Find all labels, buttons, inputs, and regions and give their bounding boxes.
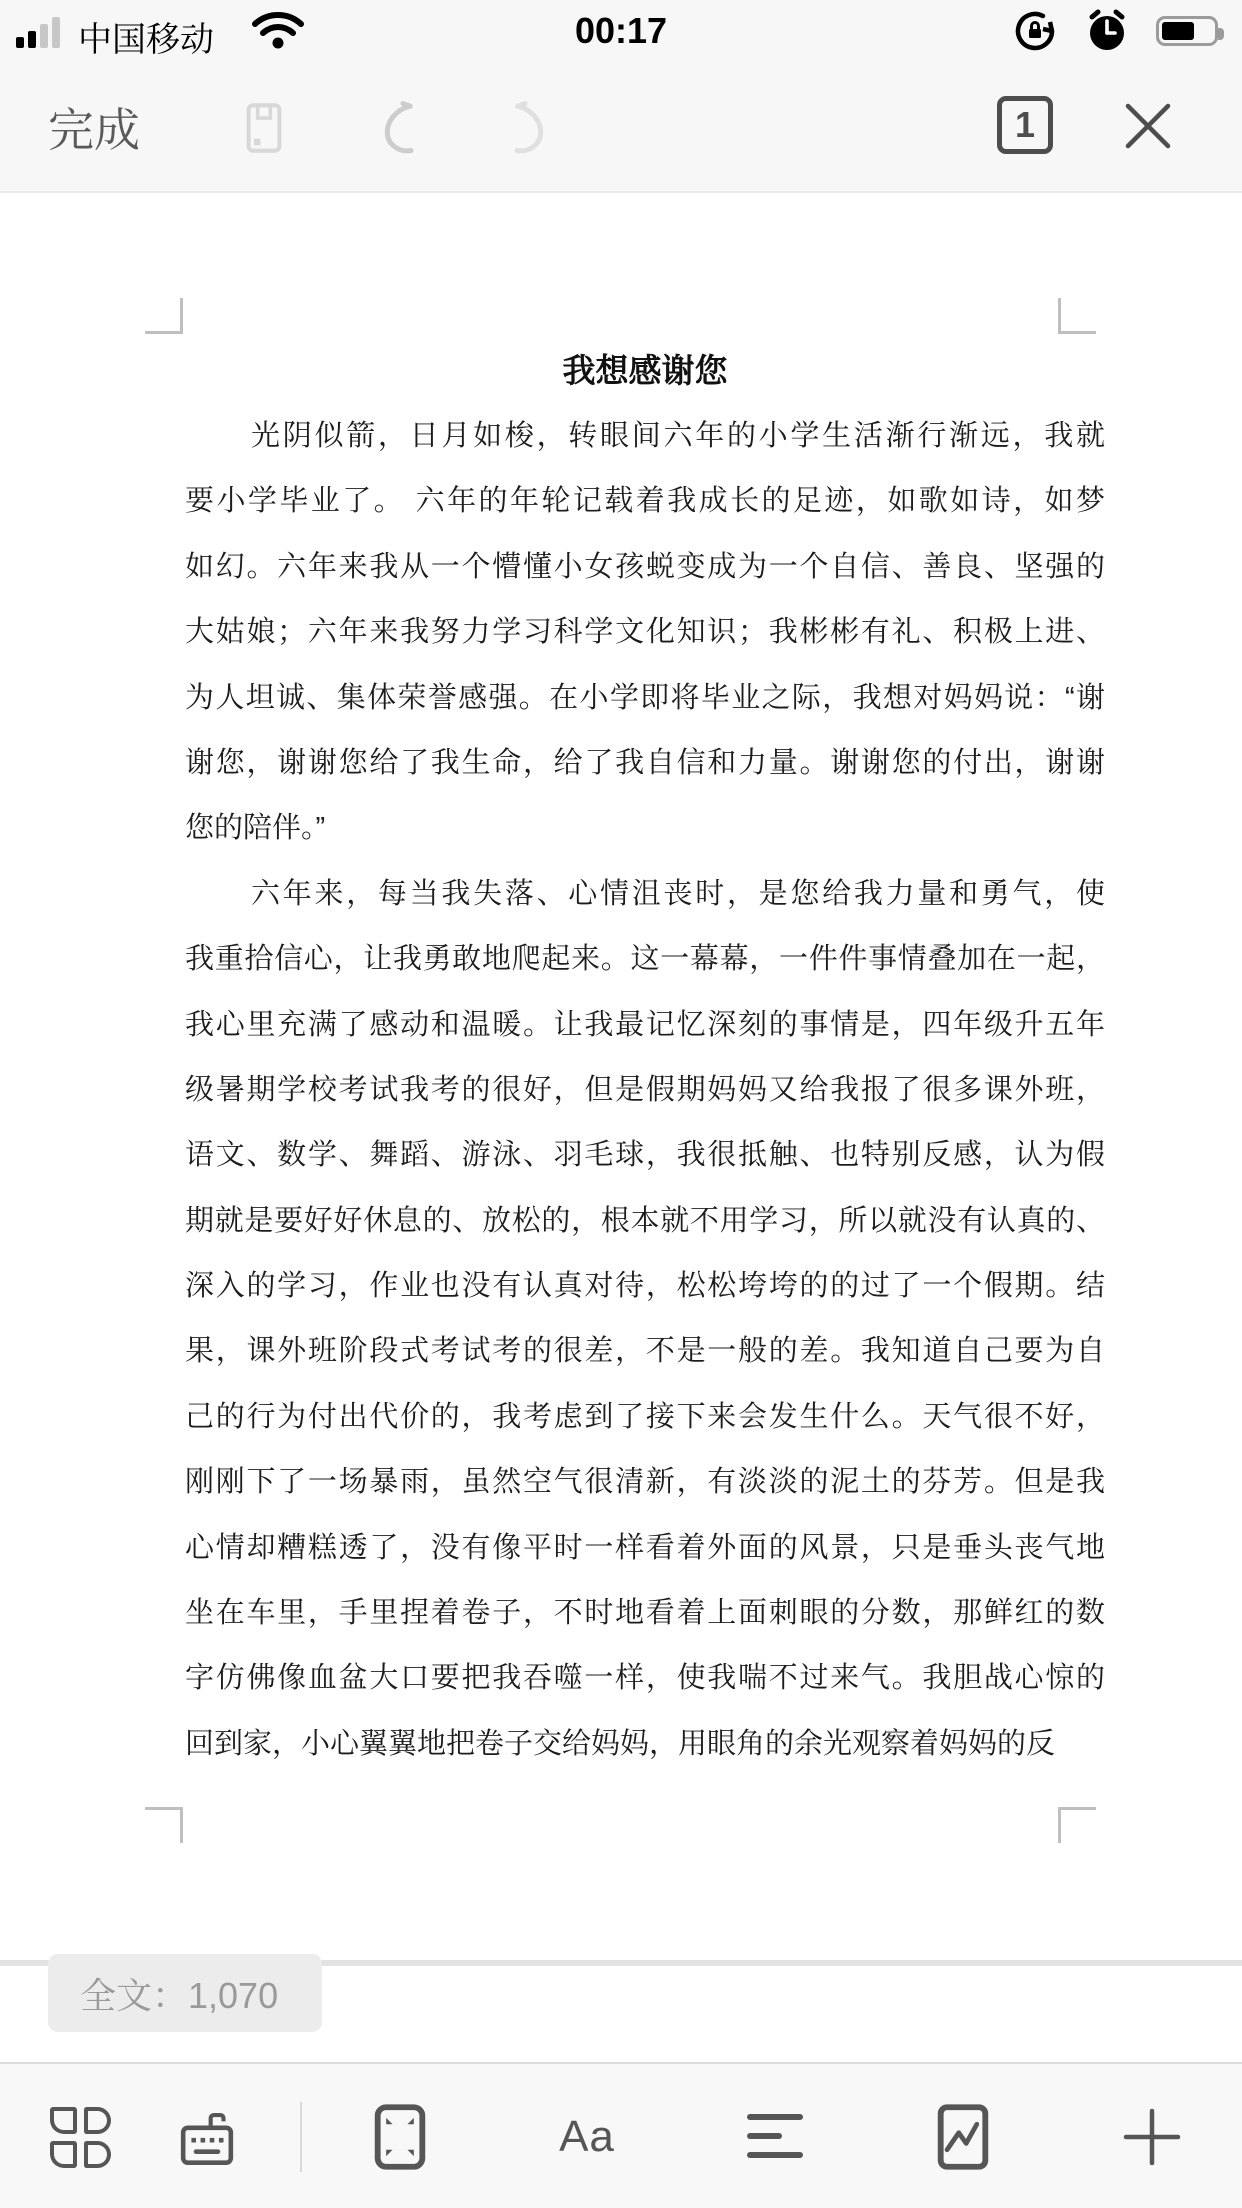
- document-line[interactable]: 您的陪伴。”: [185, 796, 1105, 861]
- margin-corner-bottom-right: [1058, 1807, 1096, 1843]
- status-bar: 中国移动 00:17: [0, 0, 1242, 66]
- image-icon[interactable]: [913, 2064, 1013, 2208]
- font-format-icon[interactable]: Aa: [537, 2064, 637, 2208]
- blocks-tools-icon[interactable]: [30, 2064, 130, 2208]
- word-count-badge: 全文：1,070: [48, 1954, 322, 2032]
- top-chrome: 中国移动 00:17: [0, 0, 1242, 193]
- alarm-icon: [1084, 8, 1130, 54]
- document-line[interactable]: 我重拾信心，让我勇敢地爬起来。这一幕幕，一件件事情叠加在一起，: [185, 927, 1105, 992]
- document-body: 光阴似箭，日月如梭，转眼间六年的小学生活渐行渐远，我就要小学毕业了。 六年的年轮…: [185, 404, 1105, 1777]
- document-title[interactable]: 我想感谢您: [185, 337, 1105, 404]
- document-line[interactable]: 果，课外班阶段式考试考的很差，不是一般的差。我知道自己要为自: [185, 1319, 1105, 1384]
- document-line[interactable]: 大姑娘；六年来我努力学习科学文化知识；我彬彬有礼、积极上进、: [185, 600, 1105, 665]
- document-line[interactable]: 语文、数学、舞蹈、游泳、羽毛球，我很抵触、也特别反感，认为假: [185, 1123, 1105, 1188]
- document-page[interactable]: 我想感谢您 光阴似箭，日月如梭，转眼间六年的小学生活渐行渐远，我就要小学毕业了。…: [0, 193, 1242, 1960]
- page-count-box[interactable]: 1: [997, 96, 1053, 154]
- margin-corner-top-left: [145, 298, 183, 334]
- battery-icon: [1156, 16, 1218, 46]
- document-line[interactable]: 刚刚下了一场暴雨，虽然空气很清新，有淡淡的泥土的芬芳。但是我: [185, 1450, 1105, 1515]
- document-line[interactable]: 谢您，谢谢您给了我生命，给了我自信和力量。谢谢您的付出，谢谢: [185, 731, 1105, 796]
- plus-icon[interactable]: [1102, 2064, 1202, 2208]
- word-count-label: 全文：1,070: [80, 1968, 278, 2019]
- document-text[interactable]: 我想感谢您 光阴似箭，日月如梭，转眼间六年的小学生活渐行渐远，我就要小学毕业了。…: [185, 337, 1105, 1777]
- margin-corner-top-right: [1058, 298, 1096, 334]
- document-line[interactable]: 级暑期学校考试我考的很好，但是假期妈妈又给我报了很多课外班，: [185, 1058, 1105, 1123]
- done-button[interactable]: 完成: [48, 94, 140, 160]
- document-line[interactable]: 如幻。六年来我从一个懵懂小女孩蜕变成为一个自信、善良、坚强的: [185, 535, 1105, 600]
- toolbar-divider: [300, 2102, 302, 2172]
- document-line[interactable]: 回到家，小心翼翼地把卷子交给妈妈，用眼角的余光观察着妈妈的反: [185, 1712, 1105, 1777]
- bottom-toolbar: Aa: [0, 2062, 1242, 2208]
- document-line[interactable]: 深入的学习，作业也没有认真对待，松松垮垮的的过了一个假期。结: [185, 1254, 1105, 1319]
- rotation-lock-icon: [1012, 8, 1058, 54]
- font-format-label: Aa: [559, 2112, 615, 2162]
- margin-corner-bottom-left: [145, 1807, 183, 1843]
- align-lines-icon[interactable]: [725, 2064, 825, 2208]
- document-line[interactable]: 为人坦诚、集体荣誉感强。在小学即将毕业之际，我想对妈妈说：“谢: [185, 666, 1105, 731]
- document-line[interactable]: 己的行为付出代价的，我考虑到了接下来会发生什么。天气很不好，: [185, 1385, 1105, 1450]
- keyboard-icon[interactable]: [157, 2064, 257, 2208]
- document-line[interactable]: 要小学毕业了。 六年的年轮记载着我成长的足迹，如歌如诗，如梦: [185, 469, 1105, 534]
- app-screen: 中国移动 00:17: [0, 0, 1242, 2208]
- editor-toolbar: 完成 1: [0, 66, 1242, 191]
- save-icon[interactable]: [234, 98, 294, 158]
- document-line[interactable]: 心情却糟糕透了，没有像平时一样看着外面的风景，只是垂头丧气地: [185, 1516, 1105, 1581]
- fit-frame-icon[interactable]: [350, 2064, 450, 2208]
- document-line[interactable]: 我心里充满了感动和温暖。让我最记忆深刻的事情是，四年级升五年: [185, 993, 1105, 1058]
- redo-icon[interactable]: [496, 98, 556, 158]
- document-line[interactable]: 坐在车里，手里捏着卷子，不时地看着上面刺眼的分数，那鲜红的数: [185, 1581, 1105, 1646]
- document-line[interactable]: 六年来，每当我失落、心情沮丧时，是您给我力量和勇气，使: [185, 862, 1105, 927]
- page-number: 1: [1015, 104, 1035, 146]
- undo-icon[interactable]: [372, 98, 432, 158]
- document-line[interactable]: 光阴似箭，日月如梭，转眼间六年的小学生活渐行渐远，我就: [185, 404, 1105, 469]
- close-icon[interactable]: [1118, 96, 1178, 156]
- document-line[interactable]: 字仿佛像血盆大口要把我吞噬一样，使我喘不过来气。我胆战心惊的: [185, 1646, 1105, 1711]
- document-line[interactable]: 期就是要好好休息的、放松的，根本就不用学习，所以就没有认真的、: [185, 1189, 1105, 1254]
